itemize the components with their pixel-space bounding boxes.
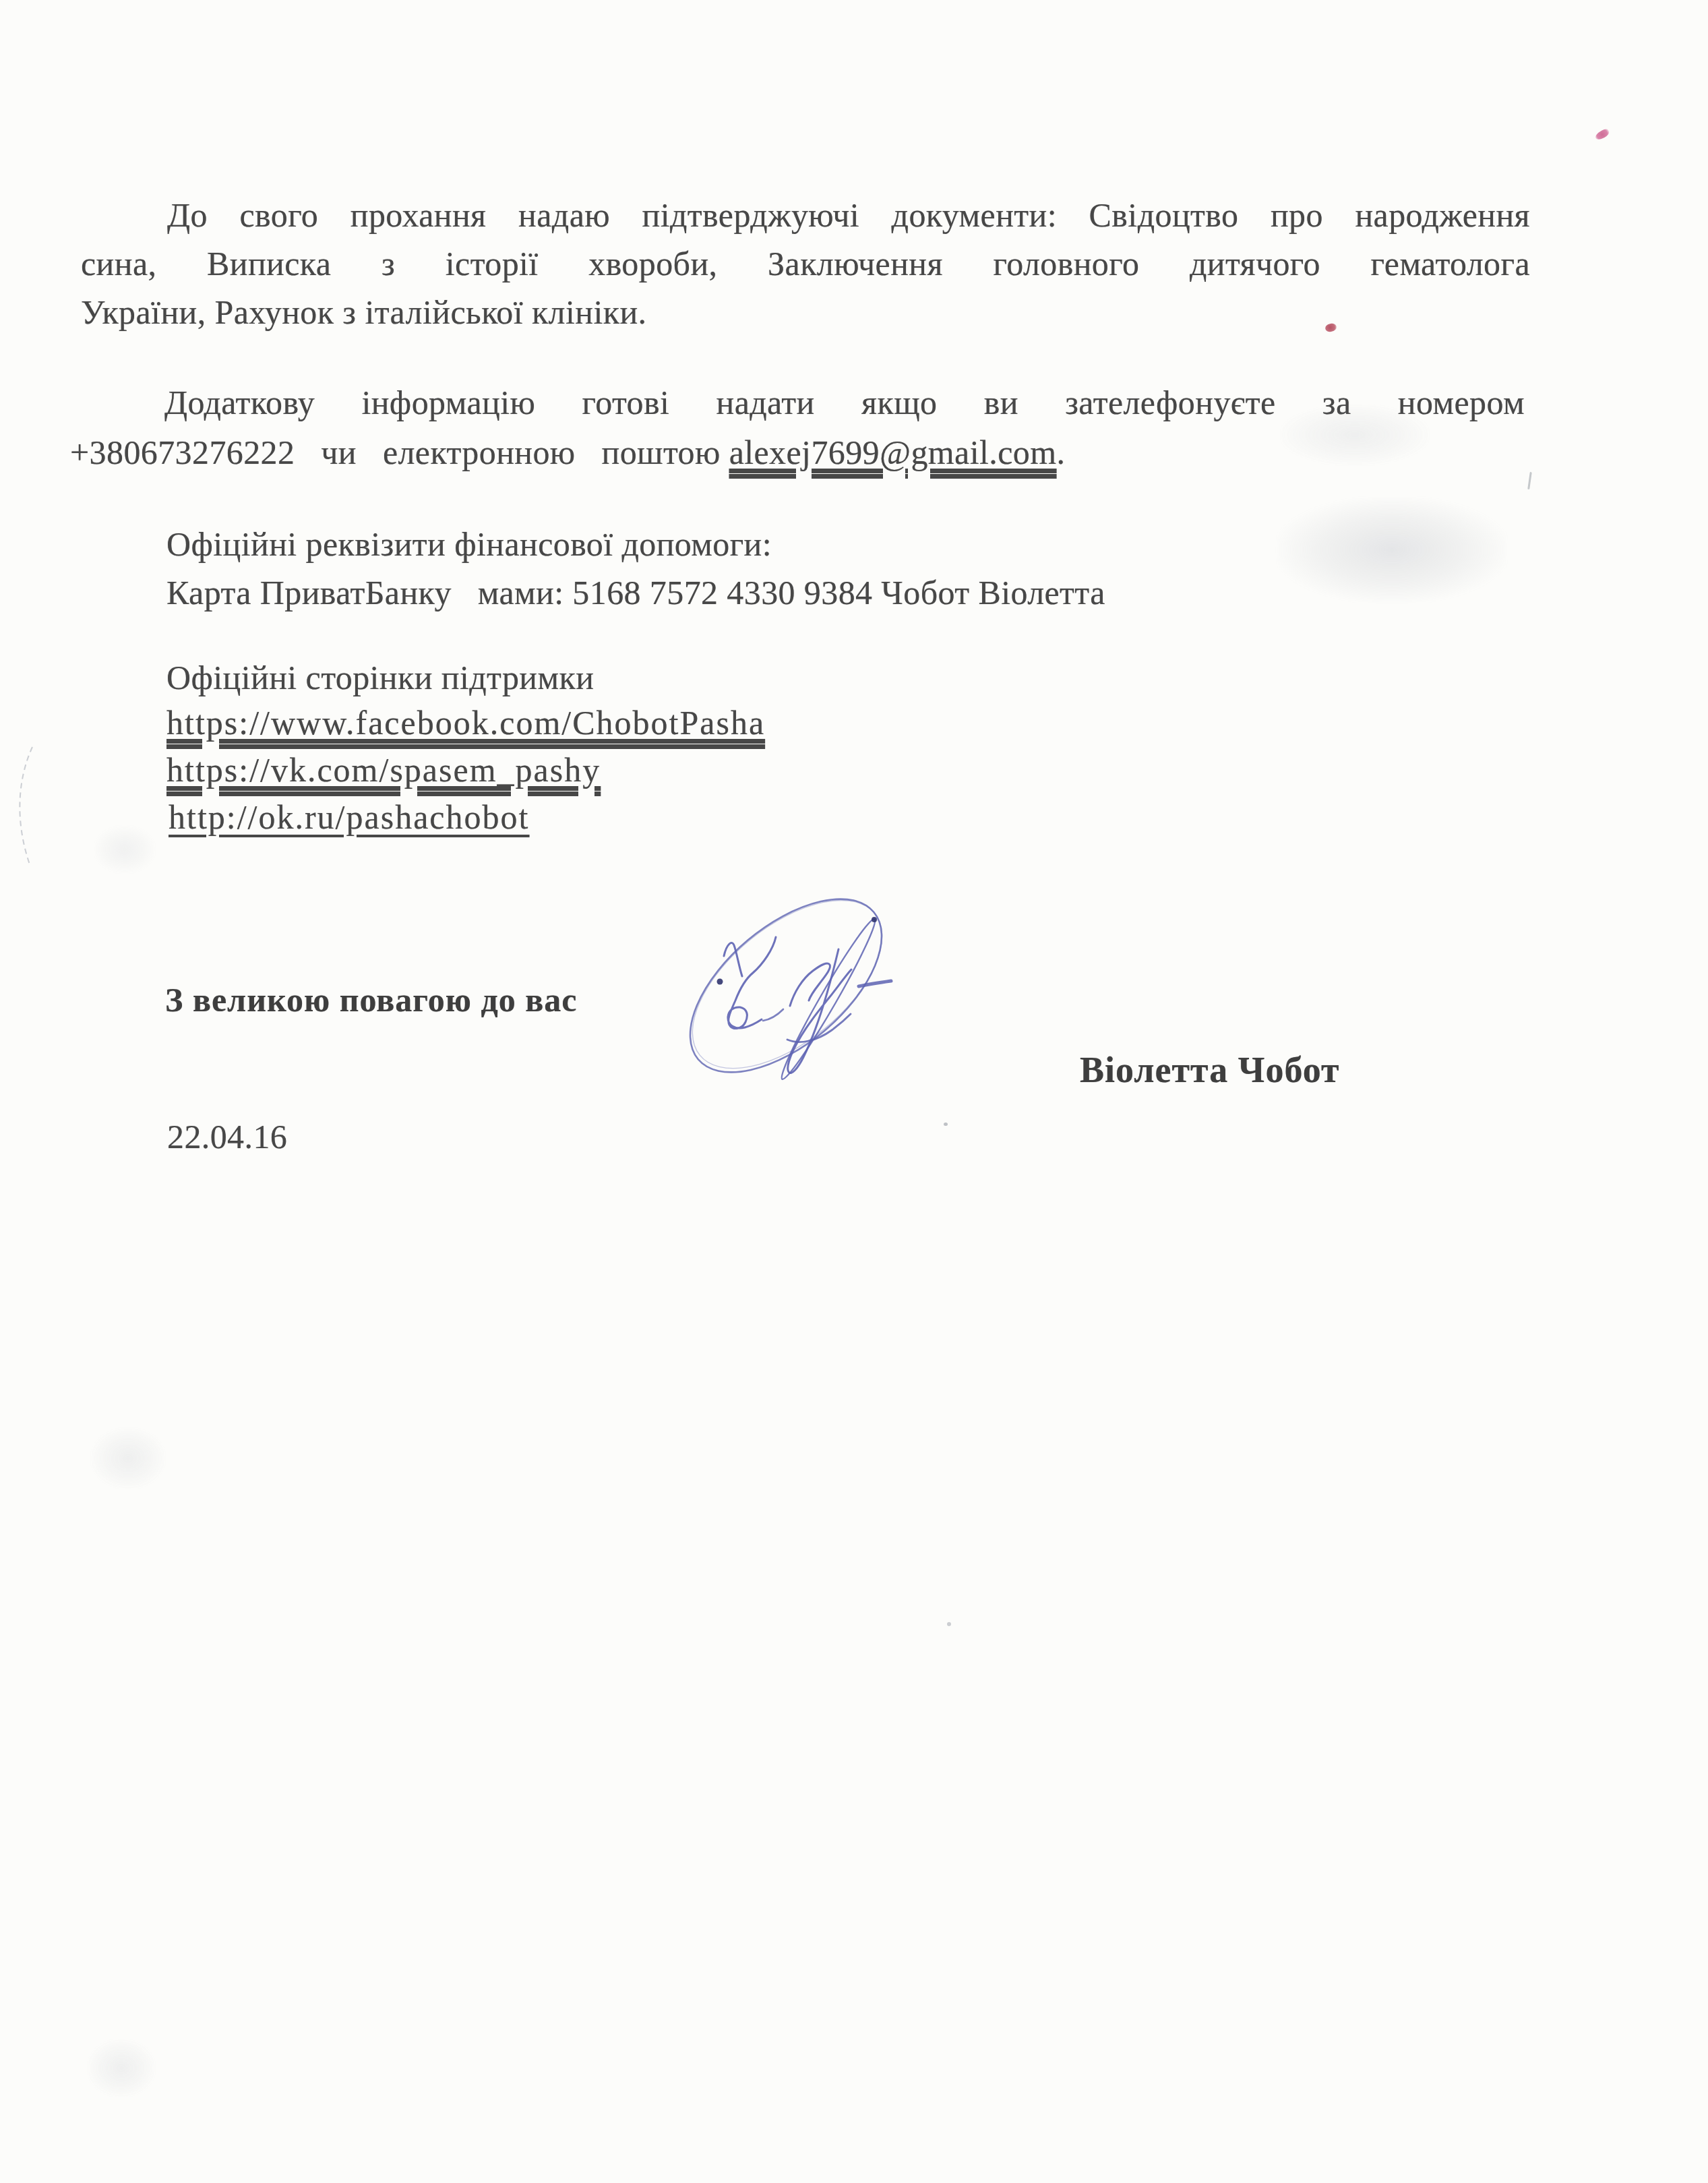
facebook-link[interactable]: https://www.facebook.com/ChobotPasha xyxy=(166,702,765,744)
tiny-speck-artifact xyxy=(947,1622,951,1626)
paragraph1-line2: сина, Виписка з історії хвороби, Заключе… xyxy=(81,243,1530,285)
paragraph1-line3: України, Рахунок з італійської клініки. xyxy=(81,291,646,333)
phone-and-email-intro: +380673276222 чи електронною поштою xyxy=(70,433,721,471)
sentence-period: . xyxy=(1056,433,1065,471)
email-link[interactable]: alexej7699@gmail.com xyxy=(729,433,1057,471)
tiny-speck-artifact xyxy=(944,1123,948,1126)
faint-smudge-artifact xyxy=(91,1428,165,1489)
faint-smudge-artifact xyxy=(88,2039,155,2097)
ghost-pencil-smudge-artifact xyxy=(1277,498,1506,602)
vk-link[interactable]: https://vk.com/spasem_pashy xyxy=(166,749,601,791)
handwritten-signature xyxy=(688,876,903,1099)
letter-date: 22.04.16 xyxy=(167,1116,287,1158)
left-margin-scratch-artifact xyxy=(11,746,43,867)
support-heading: Офіційні сторінки підтримки xyxy=(166,657,594,698)
faint-smudge-artifact xyxy=(94,826,155,873)
ok-link[interactable]: http://ok.ru/pashachobot xyxy=(169,796,529,838)
pink-ink-mark-artifact xyxy=(1594,127,1611,141)
signer-name: Віолетта Чобот xyxy=(1080,1049,1340,1091)
closing-respect-line: З великою повагою до вас xyxy=(165,979,578,1021)
scanned-letter-page: До свого прохання надаю підтверджуючі до… xyxy=(0,0,1708,2183)
tick-mark-artifact xyxy=(1527,472,1532,489)
paragraph2-line2: +380673276222 чи електронною поштою alex… xyxy=(70,431,1065,473)
paragraph1-line1: До свого прохання надаю підтверджуючі до… xyxy=(81,194,1530,236)
bank-card-line: Карта ПриватБанку мами: 5168 7572 4330 9… xyxy=(166,572,1105,614)
paragraph2-line1: Додаткову інформацію готові надати якщо … xyxy=(75,382,1525,423)
requisites-heading: Офіційні реквізити фінансової допомоги: xyxy=(166,523,772,565)
red-ink-dot-artifact xyxy=(1324,322,1337,332)
